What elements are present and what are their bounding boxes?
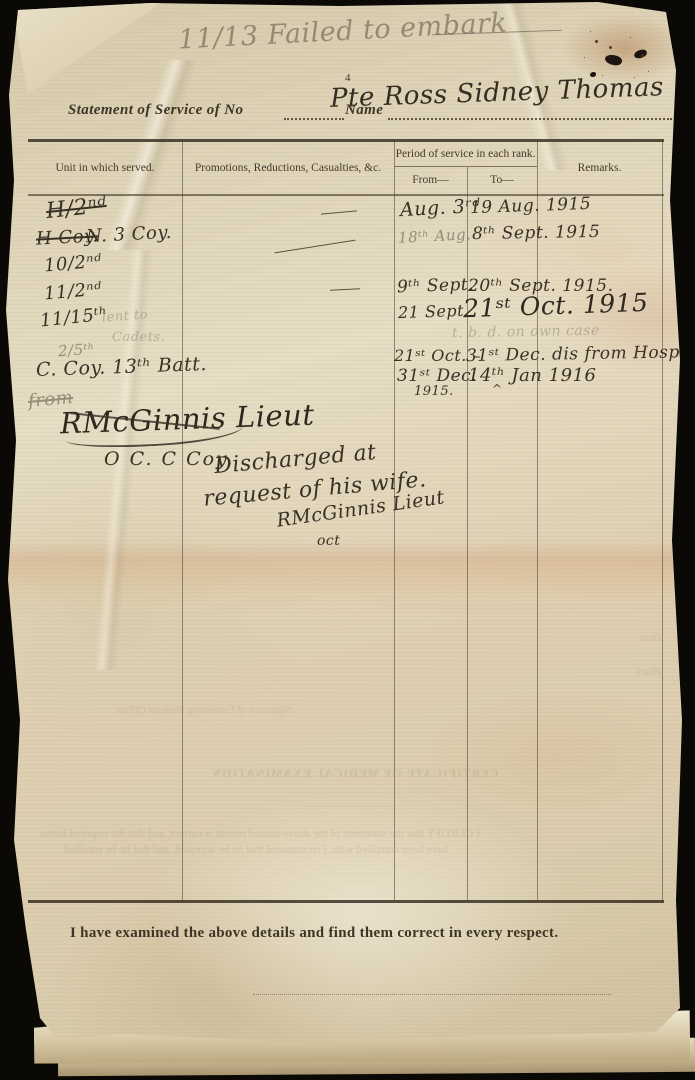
examined-statement: I have examined the above details and fi… (70, 925, 558, 942)
signature-date: oct (317, 533, 340, 549)
table-right-border (662, 139, 663, 900)
unit-entry: H/2ⁿᵈ (45, 193, 108, 224)
column-header-unit: Unit in which served. (28, 161, 182, 175)
unit-entry: 10/2ⁿᵈ (43, 251, 103, 277)
unit-entry-pencil: Cadets. (112, 330, 165, 345)
from-date: 18ᵗʰ Aug. (398, 225, 472, 247)
bleedthrough-signature-label: Signature of Examining Medical Officer (115, 704, 292, 716)
bleedthrough-date-label: Date (640, 632, 661, 644)
corner-fold (12, 2, 162, 94)
bleedthrough-rule (303, 806, 393, 807)
to-note-pencil: t. b. d. on own case (452, 323, 600, 342)
statement-of-service-label: Statement of Service of No (68, 102, 243, 119)
table-top-border (28, 139, 664, 142)
unit-entry: 11/2ⁿᵈ (43, 279, 103, 305)
bleedthrough-paragraph: have been complied with. I recommend tha… (62, 844, 448, 856)
name-value-handwritten: Pte Ross Sidney Thomas (330, 72, 665, 114)
table-column-line (394, 139, 395, 900)
dotted-line (388, 117, 672, 120)
to-date: 21ˢᵗ Oct. 1915 (463, 288, 649, 323)
paper-crease (0, 60, 300, 250)
unit-entry: N. 3 Coy. (86, 222, 173, 247)
paper-sheet: 11/13 Failed to embark 4 Statement of Se… (0, 0, 695, 1062)
column-header-promotions: Promotions, Reductions, Casualties, &c. (182, 161, 394, 175)
unit-entry: 11/15ᵗʰ (39, 304, 108, 332)
ditto-dash (330, 288, 360, 291)
paper-speckles (595, 40, 598, 43)
unit-entry-pencil: lent to (102, 307, 149, 325)
to-date: 19 Aug. 1915 (470, 194, 592, 218)
from-date-year: 1915. (414, 384, 454, 399)
column-header-to: To— (467, 173, 537, 187)
signature-line (253, 993, 611, 995)
to-date: 8ᵗʰ Sept. 1915 (472, 222, 601, 244)
from-date: 21 Sept (398, 301, 465, 322)
ditto-dash (274, 240, 355, 254)
paper-hole (604, 53, 623, 68)
column-header-period: Period of service in each rank. (394, 147, 537, 161)
pencil-annotation: 11/13 Failed to embark (177, 7, 508, 55)
bleedthrough-place-label: Place (636, 666, 661, 678)
bleedthrough-paragraph: I CERTIFY that the statement of the abov… (40, 828, 480, 840)
bleedthrough-heading: CERTIFICATE OF MEDICAL EXAMINATION (205, 766, 505, 781)
table-column-line (182, 139, 183, 900)
dotted-line (284, 117, 344, 120)
table-bottom-border (28, 900, 664, 903)
ditto-dash (321, 210, 357, 214)
from-date: 31ˢᵗ Dec. (397, 366, 477, 386)
caret-mark: ^ (492, 382, 503, 396)
table-column-line (537, 139, 538, 900)
column-header-from: From— (394, 173, 467, 187)
column-header-remarks: Remarks. (537, 161, 662, 175)
to-date: 14ᵗʰ Jan 1916 (468, 365, 596, 386)
to-date: 31ˢᵗ Dec. dis from Hospital (466, 342, 695, 366)
scanned-document-page: 11/13 Failed to embark 4 Statement of Se… (0, 0, 695, 1080)
period-subheader-border (394, 166, 537, 167)
paper-hole (633, 49, 647, 60)
